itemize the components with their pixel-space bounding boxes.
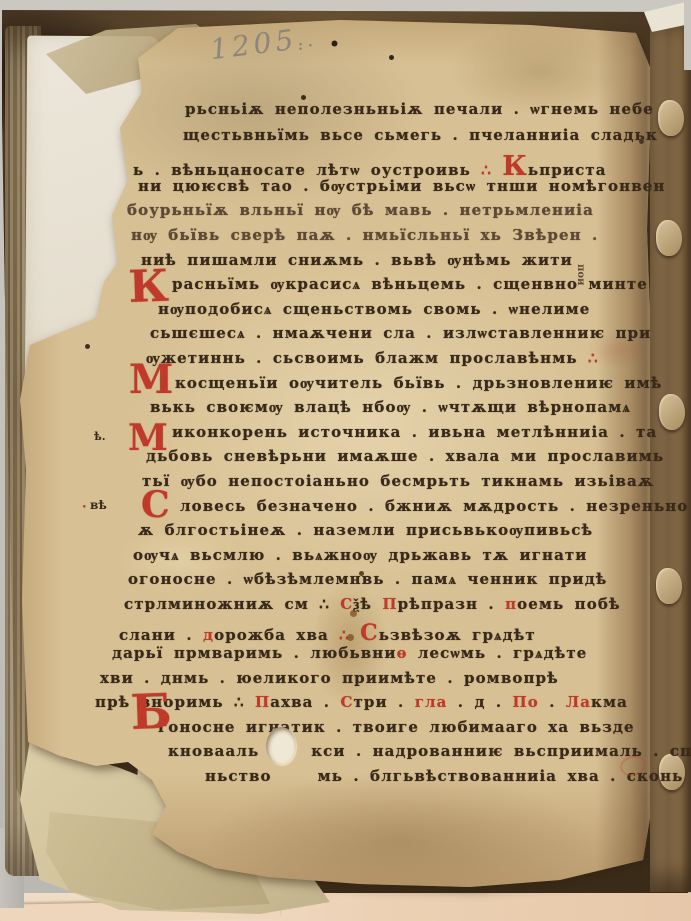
ink-text: ѫ блгостьінеѫ . наземли присьвькоѹпивьсѣ [138, 521, 593, 539]
ink-speck-cluster [0, 0, 3, 3]
manuscript-text-line: ловесь безначено . бжниѫ мѫдрость . незр… [180, 497, 688, 515]
sewing-thong [656, 568, 682, 604]
manuscript-photo: 1205 : · рьсньіѫ неполезньньіѫ печали . … [0, 0, 691, 921]
sewing-thong [656, 220, 682, 256]
manuscript-text-line: боурьньїѫ вльньї нѹ бѣ мавь . нетрьмлени… [127, 201, 594, 220]
drop-cap-initial: М [129, 362, 173, 398]
manuscript-text-line: дарьї прмваримь . любьвниѳ лесѡмь . грѧд… [112, 644, 587, 663]
drop-cap-initial: К [128, 267, 169, 308]
manuscript-text-line: рьсньіѫ неполезньньіѫ печали . ѡгнемь не… [185, 100, 654, 119]
ink-text: иконкорень источника . ивьна метлѣнниіа … [172, 423, 657, 441]
ink-text: ахва . [270, 693, 340, 711]
manuscript-text-line: слани . дорожба хва ∴ Сьзвѣзоѫ грѧдѣт [119, 620, 536, 646]
manuscript-text-line: гоносне игнатик . твоиге любимааго ха вь… [158, 718, 635, 736]
ink-text: оѹчѧ вьсмлю . вьѧжноѹ дрьжавь тѫ игнати [133, 546, 588, 564]
manuscript-text-line: иконкорень источника . ивьна метлѣнниіа … [172, 423, 657, 441]
ink-text: ниѣ пишамли сниѫмь . вьвѣ ѹнѣмь жити [141, 251, 573, 269]
manuscript-text-line: ньствомь . блгьвѣствованниіа хва . сконь [205, 767, 683, 785]
rubric-text: С [360, 620, 379, 646]
parchment-hole [266, 727, 296, 765]
manuscript-text-line: прѣ зноримь ∴ Пахва . Стри . гла . д . П… [95, 693, 628, 711]
rubric-text: С [340, 595, 353, 613]
rubric-text: д [203, 626, 214, 644]
wall-background [684, 0, 691, 70]
ink-text: . д . [447, 693, 512, 711]
ink-text: нѹ бьївь сверѣ паѫ . нмьїсльньї хь Звѣре… [131, 226, 598, 244]
drop-cap-initial: С [141, 489, 170, 521]
ink-text: стрлминожниѫ см ∴ [124, 595, 340, 613]
ink-text: ловесь безначено . бжниѫ мѫдрость . незр… [180, 497, 688, 515]
manuscript-text-line: оѹчѧ вьсмлю . вьѧжноѹ дрьжавь тѫ игнати [133, 546, 588, 565]
marginal-note: вѣ [90, 498, 107, 512]
ink-text: оемь побѣ [517, 595, 620, 613]
ink-text: орожба хва [214, 626, 339, 644]
rubric-text: По [513, 693, 539, 711]
ink-text: ньство [205, 767, 272, 785]
manuscript-text-line: щестьвньїмь вьсе сьмегь . пчеланниіа сла… [183, 126, 658, 144]
ink-text: огоносне . ѡбѣзѣмлемнвь . памѧ ченник пр… [128, 570, 607, 588]
ink-text: прѣ зноримь ∴ [95, 693, 255, 711]
rubric-text: П [255, 693, 270, 711]
manuscript-text-line: сьшєшесѧ . нмаѫчени сла . излѡставленниѥ… [150, 324, 651, 343]
manuscript-text-line: ѹжетиннь . сьсвоимь блажм прославѣнмь ∴ [146, 349, 599, 368]
rubric-text: гла [415, 693, 448, 711]
rubric-text: П [382, 595, 397, 613]
manuscript-text-line: огоносне . ѡбѣзѣмлемнвь . памѧ ченник пр… [128, 570, 607, 589]
manuscript-text-line: ни цюѥсвѣ тао . бѹстрьіми вьсѡ тнши номѣ… [138, 177, 666, 196]
rubric-text: ѳ [397, 644, 408, 662]
ink-text: щестьвньїмь вьсе сьмегь . пчеланниіа сла… [183, 126, 658, 144]
ink-text: тьї ѹбо непостоіаньно бесмрьть тикнамь и… [142, 472, 654, 490]
manuscript-text-line: вькь своѥмѹ влацѣ нбоѹ . ѡчтѫщи вѣрнопам… [150, 398, 631, 417]
ink-text: лесѡмь . грѧдѣте [408, 644, 588, 662]
ink-text: вькь своѥмѹ влацѣ нбоѹ . ѡчтѫщи вѣрнопам… [150, 398, 631, 416]
manuscript-text-line: тьї ѹбо непостоіаньно бесмрьть тикнамь и… [142, 472, 654, 491]
ink-text: кновааль [168, 742, 259, 760]
ink-text: боурьньїѫ вльньї нѹ бѣ мавь . нетрьмлени… [127, 201, 594, 219]
ink-text: кма [591, 693, 628, 711]
sewing-thong [659, 394, 685, 430]
manuscript-text-line: нѹподобисѧ сщеньствомь свомь . ѡнелиме [158, 300, 590, 319]
rubric-text: ∴ [588, 349, 599, 367]
marginal-note: · [82, 500, 87, 515]
manuscript-text-line: ѫ блгостьінеѫ . наземли присьвькоѹпивьсѣ [138, 521, 593, 540]
ink-text: ни цюѥсвѣ тао . бѹстрьіми вьсѡ тнши номѣ… [138, 177, 666, 195]
manuscript-text-line: дьбовь сневѣрьни имаѫше . хвала ми просл… [146, 447, 664, 465]
ink-text: ѯѣ [353, 595, 382, 613]
pencil-dots: : · [298, 38, 313, 54]
manuscript-text-line: косщеньїи оѹчитель бьївь . дрьзновлениѥ … [175, 374, 662, 393]
ink-text: . [539, 693, 566, 711]
manuscript-text-line: нѹ бьївь сверѣ паѫ . нмьїсльньї хь Звѣре… [131, 226, 598, 245]
marginal-note: ѣ. [94, 430, 106, 443]
ink-text: дарьї прмваримь . любьвни [112, 644, 397, 662]
rubric-text: п [505, 595, 517, 613]
ink-text: косщеньїи оѹчитель бьївь . дрьзновлениѥ … [175, 374, 662, 392]
rubric-text: С [340, 693, 353, 711]
manuscript-text-line: ниѣ пишамли сниѫмь . вьвѣ ѹнѣмь жити [141, 251, 573, 270]
ink-text: слани . [119, 626, 203, 644]
ink-text: три . [354, 693, 415, 711]
sewing-thong [658, 100, 684, 136]
ink-text: гоносне игнатик . твоиге любимааго ха вь… [158, 718, 635, 736]
manuscript-text-line: стрлминожниѫ см ∴ Сѯѣ Прѣпразн . поемь п… [124, 595, 621, 614]
ink-text: сьшєшесѧ . нмаѫчени сла . излѡставленниѥ… [150, 324, 651, 342]
ink-text: нѹподобисѧ сщеньствомь свомь . ѡнелиме [158, 300, 590, 318]
marginal-note: пои [575, 264, 586, 285]
ink-text: ѹжетиннь . сьсвоимь блажм прославѣнмь [146, 349, 588, 367]
ink-text: ьзвѣзоѫ грѧдѣт [379, 626, 536, 644]
rubric-text: ∴ [339, 626, 360, 644]
drop-cap-initial: М [128, 422, 168, 454]
rubric-text: Ла [566, 693, 591, 711]
ink-text: рѣпразн . [398, 595, 505, 613]
drop-cap-initial: Б [130, 691, 172, 736]
ink-text: дьбовь сневѣрьни имаѫше . хвала ми просл… [146, 447, 664, 465]
manuscript-text-line: кноваалькси . надрованниѥ вьсприималь . … [168, 742, 691, 760]
ink-text: рьсньіѫ неполезньньіѫ печали . ѡгнемь не… [185, 100, 654, 118]
